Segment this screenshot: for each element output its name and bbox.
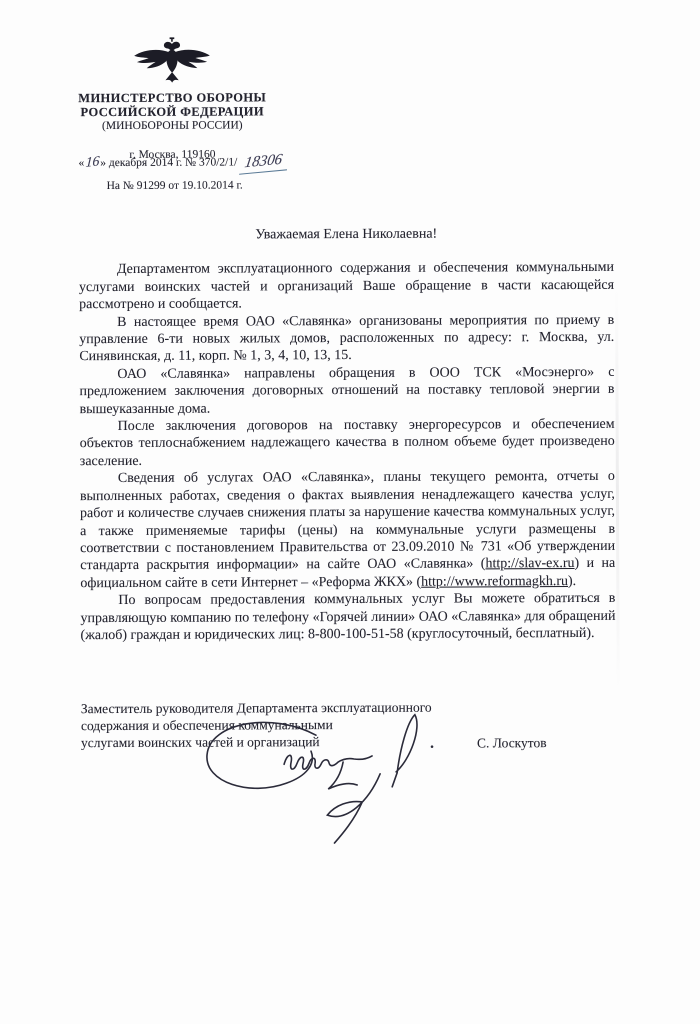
- paragraph-5-text-post: ).: [568, 574, 576, 589]
- paragraph-6: По вопросам предоставления коммунальных …: [80, 590, 615, 645]
- scan-artifact-streak: [615, 289, 620, 689]
- salutation: Уважаемая Елена Николаевна!: [79, 225, 614, 245]
- paragraph-5: Сведения об услугах ОАО «Славянка», план…: [80, 468, 616, 592]
- handwritten-day: 16: [85, 154, 100, 172]
- letter-body: Уважаемая Елена Николаевна! Департаменто…: [79, 225, 616, 645]
- letterhead: МИНИСТЕРСТВО ОБОРОНЫ РОССИЙСКОЙ ФЕДЕРАЦИ…: [53, 34, 292, 161]
- ministry-name-line2: РОССИЙСКОЙ ФЕДЕРАЦИИ: [53, 105, 291, 120]
- date-number-line: «16» декабря 2014 г. № 370/2/1/18306: [78, 153, 378, 173]
- paragraph-4: После заключения договоров на поставку э…: [80, 416, 615, 471]
- scanned-letter-page: МИНИСТЕРСТВО ОБОРОНЫ РОССИЙСКОЙ ФЕДЕРАЦИ…: [0, 0, 700, 1024]
- paragraph-2: В настоящее время ОАО «Славянка» организ…: [79, 311, 614, 366]
- signature-block: Заместитель руководителя Департамента эк…: [81, 698, 616, 752]
- date-printed-rest: » декабря 2014 г. № 370/2/1/: [100, 156, 237, 169]
- double-headed-eagle-emblem-icon: [133, 35, 211, 87]
- signer-name: С. Лоскутов: [477, 734, 547, 752]
- reference-line: На № 91299 от 19.10.2014 г.: [107, 179, 243, 192]
- paragraph-3: ОАО «Славянка» направлены обращения в ОО…: [79, 364, 614, 419]
- reformagkh-site-link: http://www.reformagkh.ru: [421, 574, 568, 590]
- date-open-quote: «: [78, 157, 84, 169]
- slavyanka-site-link: http://slav-ex.ru: [485, 556, 574, 571]
- handwritten-doc-number: 18306: [239, 151, 289, 175]
- ministry-short-name: (МИНОБОРОНЫ РОССИИ): [53, 119, 291, 133]
- paragraph-1: Департаментом эксплуатационного содержан…: [79, 259, 614, 314]
